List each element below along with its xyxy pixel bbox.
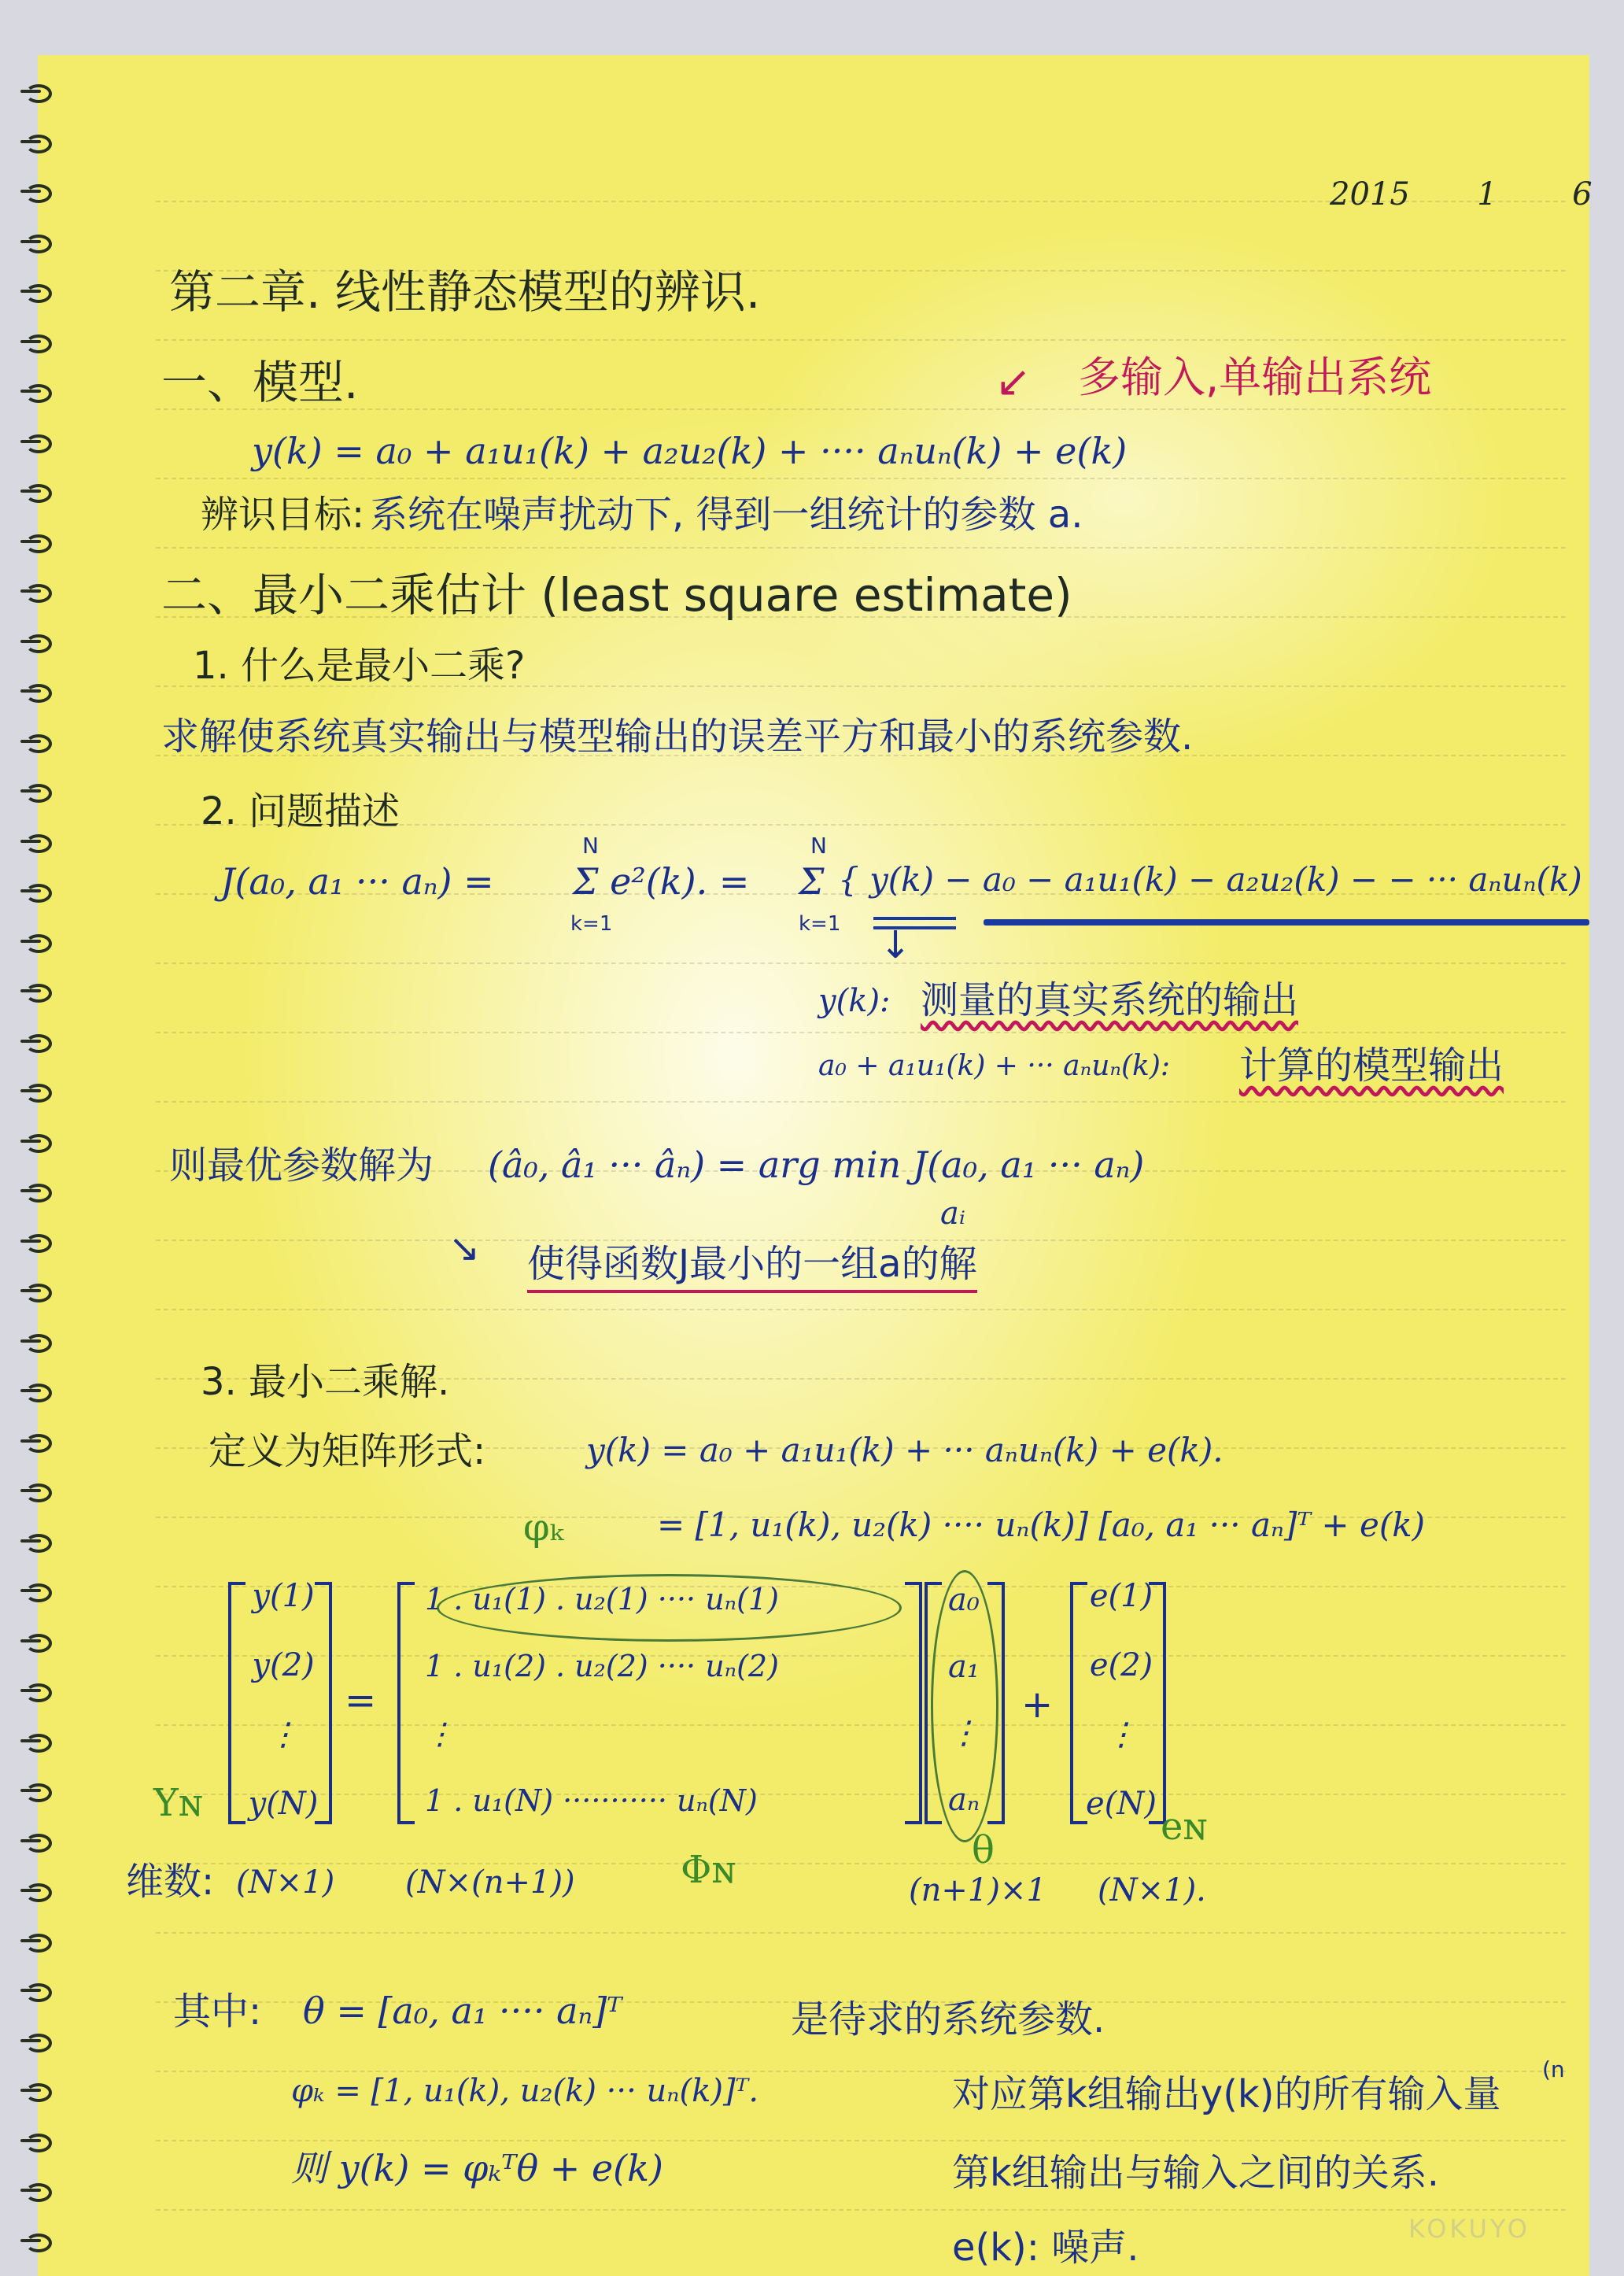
Y-vector: y(1)y(2)⋮y(N): [240, 1578, 327, 1822]
dim-Phi: (N×(n+1)): [405, 1865, 575, 1900]
phi-description-2: 第k组输出与输入之间的关系.: [952, 2152, 1439, 2194]
spiral-ring: [20, 233, 52, 250]
sum2-bottom: k=1: [799, 913, 840, 936]
spiral-ring: [20, 1182, 52, 1199]
Y-entry: ⋮: [268, 1716, 299, 1753]
spiral-ring: [20, 1332, 52, 1350]
spiral-ring: [20, 1432, 52, 1450]
ruled-line: [156, 339, 1566, 341]
ruled-line: [156, 1932, 1566, 1934]
date-year: 2015: [1330, 176, 1410, 212]
spiral-ring: [20, 1082, 52, 1099]
cost-sum1: Σ e²(k). =: [573, 862, 749, 902]
date-month: 1: [1477, 176, 1497, 212]
ruled-line: [156, 547, 1566, 549]
spiral-ring: [20, 682, 52, 700]
optimal-subscript: aᵢ: [940, 1196, 965, 1231]
matrix-form-label: 定义为矩阵形式:: [209, 1431, 485, 1472]
dim-e: (N×1).: [1098, 1873, 1206, 1908]
ruled-line: [156, 2209, 1566, 2211]
spiral-ring: [20, 533, 52, 550]
Y-entry: y(1): [252, 1578, 314, 1614]
theta-description: 是待求的系统参数.: [791, 1999, 1105, 2041]
ruled-line: [156, 1309, 1566, 1310]
matrix-eq2: = [1, u₁(k), u₂(k) ···· uₙ(k)] [a₀, a₁ ·…: [657, 1507, 1425, 1543]
then-equation: 则 y(k) = φₖᵀθ + e(k): [291, 2149, 663, 2189]
note2-text: 计算的模型输出: [1239, 1045, 1504, 1087]
phi-definition: φₖ = [1, u₁(k), u₂(k) ··· uₙ(k)]ᵀ.: [291, 2074, 758, 2108]
Y-entry: y(N): [249, 1786, 319, 1822]
theta-definition: θ = [a₀, a₁ ···· aₙ]ᵀ: [303, 1991, 622, 2031]
note1-label: y(k):: [818, 984, 891, 1018]
Phi-row-entry: 1 . u₁(1) . u₂(1) ···· uₙ(1): [425, 1582, 779, 1616]
Phi-matrix: 1 . u₁(1) . u₂(1) ···· uₙ(1)1 . u₁(2) . …: [425, 1582, 897, 1818]
spiral-ring: [20, 133, 52, 150]
dims-label: 维数:: [126, 1861, 214, 1903]
note2-label: a₀ + a₁u₁(k) + ··· aₙuₙ(k):: [818, 1051, 1170, 1082]
spiral-ring: [20, 982, 52, 999]
e-vector: e(1)e(2)⋮e(N): [1082, 1578, 1161, 1822]
spiral-ring: [20, 2182, 52, 2199]
Y-label: Yɴ: [153, 1783, 203, 1824]
spiral-ring: [20, 1632, 52, 1650]
model-equation: y(k) = a₀ + a₁u₁(k) + a₂u₂(k) + ···· aₙu…: [252, 431, 1127, 471]
e-entry: e(2): [1090, 1647, 1153, 1683]
spiral-ring: [20, 433, 52, 450]
ruled-line: [156, 1240, 1566, 1241]
spiral-ring: [20, 1482, 52, 1499]
spiral-ring: [20, 833, 52, 850]
spiral-ring: [20, 1232, 52, 1250]
Y-entry: y(2): [252, 1647, 314, 1683]
spiral-ring: [20, 1832, 52, 1849]
spiral-ring: [20, 1582, 52, 1599]
spiral-ring: [20, 633, 52, 650]
spiral-ring: [20, 1132, 52, 1150]
ruled-line: [156, 1101, 1566, 1103]
spiral-ring: [20, 1732, 52, 1749]
optimal-equation: (â₀, â₁ ··· âₙ) = arg min J(a₀, a₁ ··· a…: [488, 1145, 1144, 1185]
dim-theta: (n+1)×1: [909, 1873, 1046, 1908]
theta-entry: a₁: [948, 1649, 980, 1685]
section2-heading: 二、最小二乘估计 (least square estimate): [161, 571, 1072, 621]
cost-sum2-body: { y(k) − a₀ − a₁u₁(k) − a₂u₂(k) − − ··· …: [838, 862, 1582, 898]
note1-text: 测量的真实系统的输出: [921, 980, 1298, 1022]
spiral-ring: [20, 933, 52, 950]
date: 2015 1 6: [1330, 177, 1593, 212]
date-day: 6: [1572, 176, 1592, 212]
plus-sign: +: [1021, 1684, 1053, 1726]
theta-entry: a₀: [948, 1582, 980, 1618]
sub1-heading: 1. 什么是最小二乘?: [193, 645, 526, 687]
model-underline: [984, 919, 1589, 926]
sub3-heading: 3. 最小二乘解.: [201, 1362, 449, 1403]
e-entry: e(1): [1090, 1578, 1153, 1614]
spiral-ring: [20, 183, 52, 200]
spiral-ring: [20, 482, 52, 500]
spiral-ring: [20, 2032, 52, 2049]
e-entry: ⋮: [1105, 1716, 1137, 1753]
Phi-row-entry: ⋮: [425, 1716, 455, 1751]
ruled-line: [156, 2140, 1566, 2141]
identification-goal-text: 系统在噪声扰动下, 得到一组统计的参数 a.: [370, 494, 1083, 536]
section1-heading: 一、模型.: [161, 358, 358, 408]
spiral-ring: [20, 382, 52, 400]
theta-entry: aₙ: [948, 1782, 980, 1818]
spiral-ring: [20, 1033, 52, 1050]
matrix-eq1: y(k) = a₀ + a₁u₁(k) + ··· aₙuₙ(k) + e(k)…: [586, 1432, 1224, 1469]
spiral-ring: [20, 1532, 52, 1550]
Phi-bracket-left: [397, 1582, 415, 1824]
annotation-arrow-icon: ↙: [995, 358, 1031, 405]
note-down-arrow-icon: ↓: [880, 925, 911, 966]
Phi-row-entry: 1 . u₁(N) ··········· uₙ(N): [425, 1783, 758, 1818]
spiral-ring: [20, 1682, 52, 1699]
equals-sign: =: [345, 1680, 376, 1722]
where-label: 其中:: [173, 1991, 261, 2033]
sub2-heading: 2. 问题描述: [201, 791, 400, 833]
Phi-N-label: Φɴ: [681, 1849, 736, 1891]
spiral-ring: [20, 1882, 52, 1899]
chapter-title: 第二章. 线性静态模型的辨识.: [169, 268, 760, 318]
e-N-label: eɴ: [1161, 1806, 1207, 1848]
spiral-ring: [20, 2132, 52, 2149]
phi-description-sup: (n: [1542, 2058, 1565, 2082]
sum1-top: N: [582, 834, 599, 859]
theta-vector: a₀a₁⋮aₙ: [932, 1582, 995, 1818]
phi-k-label: φₖ: [523, 1507, 563, 1549]
sum2-sigma: Σ: [799, 862, 825, 902]
watermark: KOKUYO: [1408, 2215, 1530, 2243]
spiral-ring: [20, 782, 52, 800]
spiral-ring: [20, 333, 52, 350]
dim-Y: (N×1): [236, 1865, 334, 1900]
ruled-line: [156, 478, 1566, 479]
theta-label: θ: [972, 1830, 995, 1871]
theta-entry: ⋮: [948, 1715, 980, 1751]
spiral-ring: [20, 882, 52, 900]
ruled-line: [156, 1032, 1566, 1033]
optimal-label: 则最优参数解为: [169, 1145, 434, 1187]
Phi-bracket-right: [905, 1582, 922, 1824]
spiral-ring: [20, 1782, 52, 1799]
e-entry: e(N): [1086, 1786, 1157, 1822]
optimal-note-arrow-icon: ↘: [448, 1228, 480, 1269]
spiral-ring: [20, 1382, 52, 1399]
identification-goal-label: 辨识目标:: [201, 494, 364, 536]
phi-description-1: 对应第k组输出y(k)的所有输入量: [952, 2074, 1500, 2115]
ruled-line: [156, 408, 1566, 410]
sum1-bottom: k=1: [570, 913, 612, 936]
spiral-ring: [20, 83, 52, 100]
ruled-line: [156, 962, 1566, 964]
optimal-note: 使得函数J最小的一组a的解: [527, 1243, 977, 1293]
spiral-ring: [20, 733, 52, 750]
spiral-ring: [20, 1932, 52, 1949]
spiral-ring: [20, 582, 52, 600]
sum2-top: N: [810, 834, 827, 859]
cost-lhs: J(a₀, a₁ ··· aₙ) =: [220, 862, 494, 902]
Phi-row-entry: 1 . u₁(2) . u₂(2) ···· uₙ(2): [425, 1649, 779, 1683]
spiral-ring: [20, 2232, 52, 2249]
spiral-ring: [20, 283, 52, 300]
noise-definition: e(k): 噪声.: [952, 2227, 1139, 2269]
ruled-line: [156, 1863, 1566, 1864]
spiral-ring: [20, 1982, 52, 1999]
spiral-ring: [20, 2082, 52, 2099]
spiral-ring: [20, 1282, 52, 1299]
sub1-text: 求解使系统真实输出与模型输出的误差平方和最小的系统参数.: [161, 716, 1193, 758]
section1-annotation: 多输入,单输出系统: [1078, 354, 1431, 401]
